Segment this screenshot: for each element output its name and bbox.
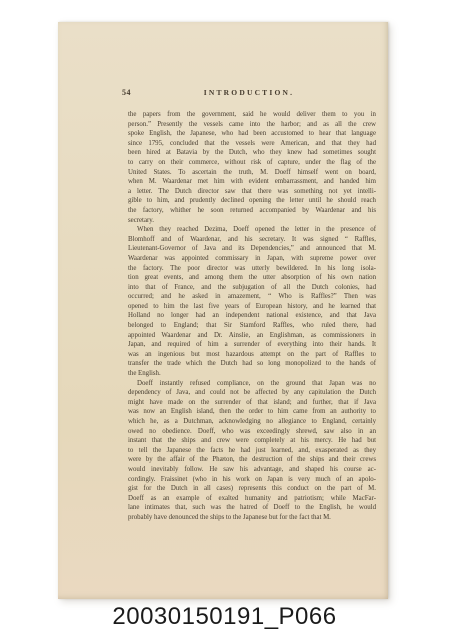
text-line: into that of France, and the subjugation… — [128, 283, 376, 293]
text-line: the papers from the government, said he … — [128, 110, 376, 120]
text-line: dependency of Java, and could not be aff… — [128, 388, 376, 398]
text-line: the English. — [128, 369, 376, 379]
text-line: would inevitably follow. He saw his adva… — [128, 465, 376, 475]
text-line: gible to him, and prudently declined ope… — [128, 196, 376, 206]
text-line: gist for the Dutch in all cases) represe… — [128, 484, 376, 494]
page-header: 54 INTRODUCTION. — [122, 88, 376, 100]
paragraph: the papers from the government, said he … — [128, 110, 376, 225]
text-line: occurred; and he asked in amazement, “ W… — [128, 292, 376, 302]
text-line: tion great events, and among them the ut… — [128, 273, 376, 283]
text-line: transfer the trade which the Dutch had s… — [128, 359, 376, 369]
text-line: opened to him the last five years of Eur… — [128, 302, 376, 312]
text-line: Waardenar was appointed commissary in Ja… — [128, 254, 376, 264]
text-line: spoke English, the Japanese, who had bee… — [128, 129, 376, 139]
text-line: probably have denounced the ships to the… — [128, 513, 376, 523]
text-line: Blomhoff and of Waardenar, and his secre… — [128, 235, 376, 245]
text-line: secretary. — [128, 216, 376, 226]
page-text: the papers from the government, said he … — [128, 110, 376, 523]
text-line: Holland no longer had an independent nat… — [128, 311, 376, 321]
text-line: since 1795, concluded that the vessels w… — [128, 139, 376, 149]
text-line: been hired at Batavia by the Dutch, who … — [128, 148, 376, 158]
text-line: Doeff instantly refused compliance, on t… — [128, 379, 376, 389]
text-line: might have made on the surrender of that… — [128, 398, 376, 408]
text-line: when M. Waardenar met him with evident e… — [128, 177, 376, 187]
text-line: Doeff as an example of exalted humanity … — [128, 494, 376, 504]
text-line: were by the affair of the Phæton, the de… — [128, 455, 376, 465]
text-line: instant that the ships and crew were com… — [128, 436, 376, 446]
text-line: cordingly. Fraissinet (who in his work o… — [128, 475, 376, 485]
text-line: appointed Waardenar and Dr. Ainslie, an … — [128, 331, 376, 341]
text-line: to carry on their commerce, without risk… — [128, 158, 376, 168]
running-header: INTRODUCTION. — [122, 88, 376, 97]
scanned-page-photo: 54 INTRODUCTION. the papers from the gov… — [0, 0, 449, 600]
paragraph: Doeff instantly refused compliance, on t… — [128, 379, 376, 523]
text-line: was now an English island, then the orde… — [128, 407, 376, 417]
text-line: Lieutenant-Governor of Java and its Depe… — [128, 244, 376, 254]
book-page: 54 INTRODUCTION. the papers from the gov… — [58, 22, 388, 599]
text-line: a letter. The Dutch director saw that th… — [128, 187, 376, 197]
text-line: which he, as a Dutchman, acknowledging n… — [128, 417, 376, 427]
text-line: the factory. The poor director was utter… — [128, 264, 376, 274]
catalog-id-label: 20030150191_P066 — [0, 603, 449, 640]
text-line: to tell the Japanese the facts he had ju… — [128, 446, 376, 456]
text-line: When they reached Dezima, Doeff opened t… — [128, 225, 376, 235]
text-line: lane intimates that, such was the hatred… — [128, 503, 376, 513]
text-line: was an ingenious but most hazardous atte… — [128, 350, 376, 360]
text-line: Japan, and required of him a surrender o… — [128, 340, 376, 350]
text-line: belonged to England; that Sir Stamford R… — [128, 321, 376, 331]
text-line: United States. To ascertain the truth, M… — [128, 168, 376, 178]
text-line: person.” Presently the vessels came into… — [128, 120, 376, 130]
text-line: owed no obedience. Doeff, who was exceed… — [128, 427, 376, 437]
paragraph: When they reached Dezima, Doeff opened t… — [128, 225, 376, 379]
text-line: the factory, whither he soon returned ac… — [128, 206, 376, 216]
